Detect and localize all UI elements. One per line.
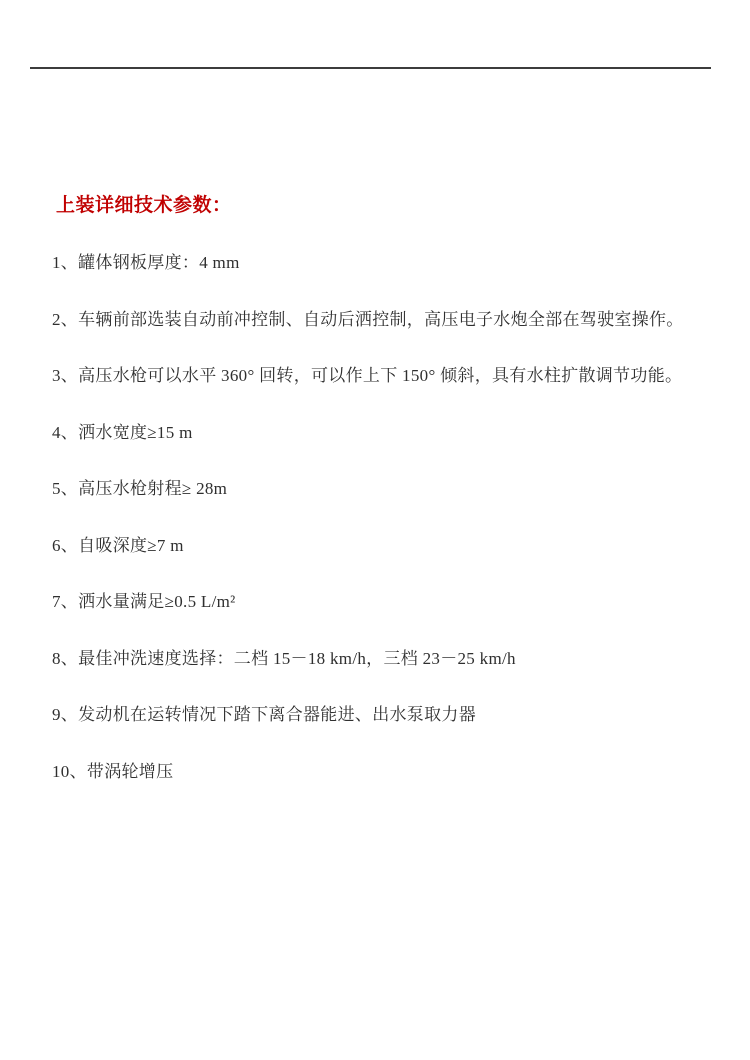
list-item: 7、洒水量满足≥0.5 L/m² xyxy=(52,591,730,613)
list-item: 1、罐体钢板厚度：4 mm xyxy=(52,252,730,274)
document-page: 上装详细技术参数： 1、罐体钢板厚度：4 mm 2、车辆前部选装自动前冲控制、自… xyxy=(0,0,750,1060)
section-title: 上装详细技术参数： xyxy=(56,194,232,218)
list-item: 6、自吸深度≥7 m xyxy=(52,535,730,557)
list-item: 2、车辆前部选装自动前冲控制、自动后洒控制，高压电子水炮全部在驾驶室操作。 xyxy=(52,309,730,331)
list-item: 9、发动机在运转情况下踏下离合器能进、出水泵取力器 xyxy=(52,704,730,726)
list-item: 3、高压水枪可以水平 360° 回转，可以作上下 150° 倾斜，具有水柱扩散调… xyxy=(52,365,730,387)
parameter-list: 1、罐体钢板厚度：4 mm 2、车辆前部选装自动前冲控制、自动后洒控制，高压电子… xyxy=(52,252,730,783)
list-item: 4、洒水宽度≥15 m xyxy=(52,422,730,444)
list-item: 10、带涡轮增压 xyxy=(52,761,730,783)
list-item: 5、高压水枪射程≥ 28m xyxy=(52,478,730,500)
header-divider-line xyxy=(30,67,711,69)
list-item: 8、最佳冲洗速度选择：二档 15－18 km/h，三档 23－25 km/h xyxy=(52,648,730,670)
